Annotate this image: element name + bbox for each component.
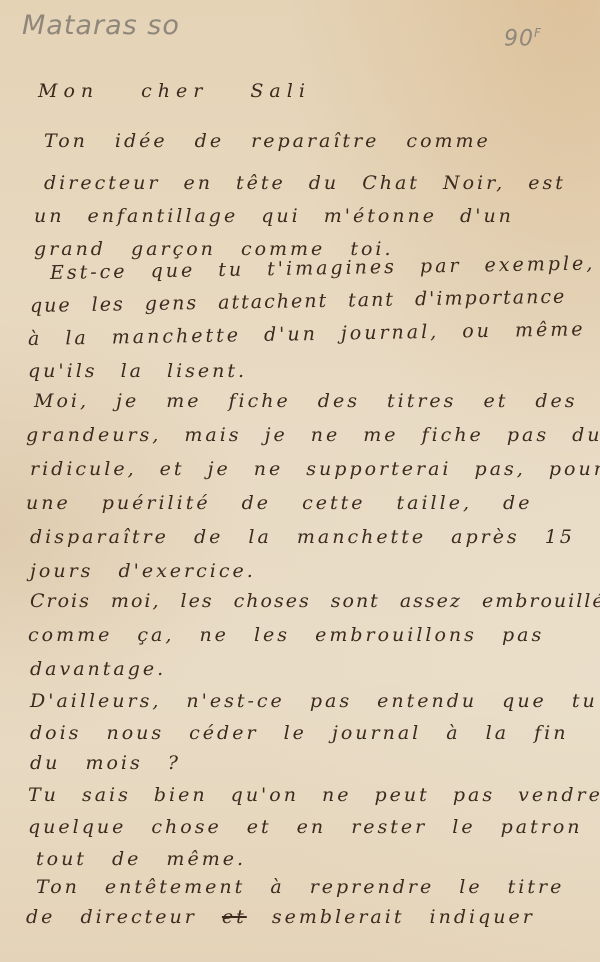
letter-line: que les gens attachent tant d'importance <box>30 286 567 317</box>
letter-line: disparaître de la manchette après 15 <box>30 526 575 548</box>
letter-line-text: de directeur <box>26 906 197 928</box>
letter-line: qu'ils la lisent. <box>28 360 247 382</box>
letter-line: à la manchette d'un journal, ou même <box>28 318 586 350</box>
price-pencil-annotation: 90F <box>504 26 542 51</box>
letter-line: directeur en tête du Chat Noir, est <box>44 172 566 194</box>
letter-page: Mataras so 90F Mon cher Sali Ton idée de… <box>0 0 600 962</box>
dealer-pencil-annotation: Mataras so <box>22 10 180 41</box>
price-unit: F <box>534 26 542 40</box>
price-value: 90 <box>504 26 534 51</box>
letter-line: Tu sais bien qu'on ne peut pas vendre <box>28 784 600 806</box>
struck-word: et <box>222 906 247 928</box>
letter-line: jours d'exercice. <box>30 560 256 582</box>
letter-line: du mois ? <box>30 752 181 774</box>
letter-line: une puérilité de cette taille, de <box>26 492 532 514</box>
letter-line: Moi, je me fiche des titres et des <box>34 390 578 412</box>
letter-line: de directeur et semblerait indiquer <box>26 906 535 928</box>
letter-line: davantage. <box>30 658 166 680</box>
salutation-line: Mon cher Sali <box>38 80 311 102</box>
letter-line: ridicule, et je ne supporterai pas, pour <box>30 458 600 480</box>
letter-line: comme ça, ne les embrouillons pas <box>28 624 544 646</box>
letter-line: tout de même. <box>36 848 246 870</box>
letter-line: Ton idée de reparaître comme <box>44 130 491 152</box>
letter-line: grandeurs, mais je ne me fiche pas du <box>26 424 600 446</box>
letter-line: Ton entêtement à reprendre le titre <box>36 876 564 898</box>
letter-line: dois nous céder le journal à la fin <box>30 722 568 744</box>
letter-line: D'ailleurs, n'est-ce pas entendu que tu <box>30 690 598 712</box>
letter-line: Crois moi, les choses sont assez embroui… <box>30 590 600 612</box>
letter-line: quelque chose et en rester le patron <box>28 816 583 838</box>
letter-line: un enfantillage qui m'étonne d'un <box>34 205 514 227</box>
letter-line-text: semblerait indiquer <box>272 906 535 928</box>
